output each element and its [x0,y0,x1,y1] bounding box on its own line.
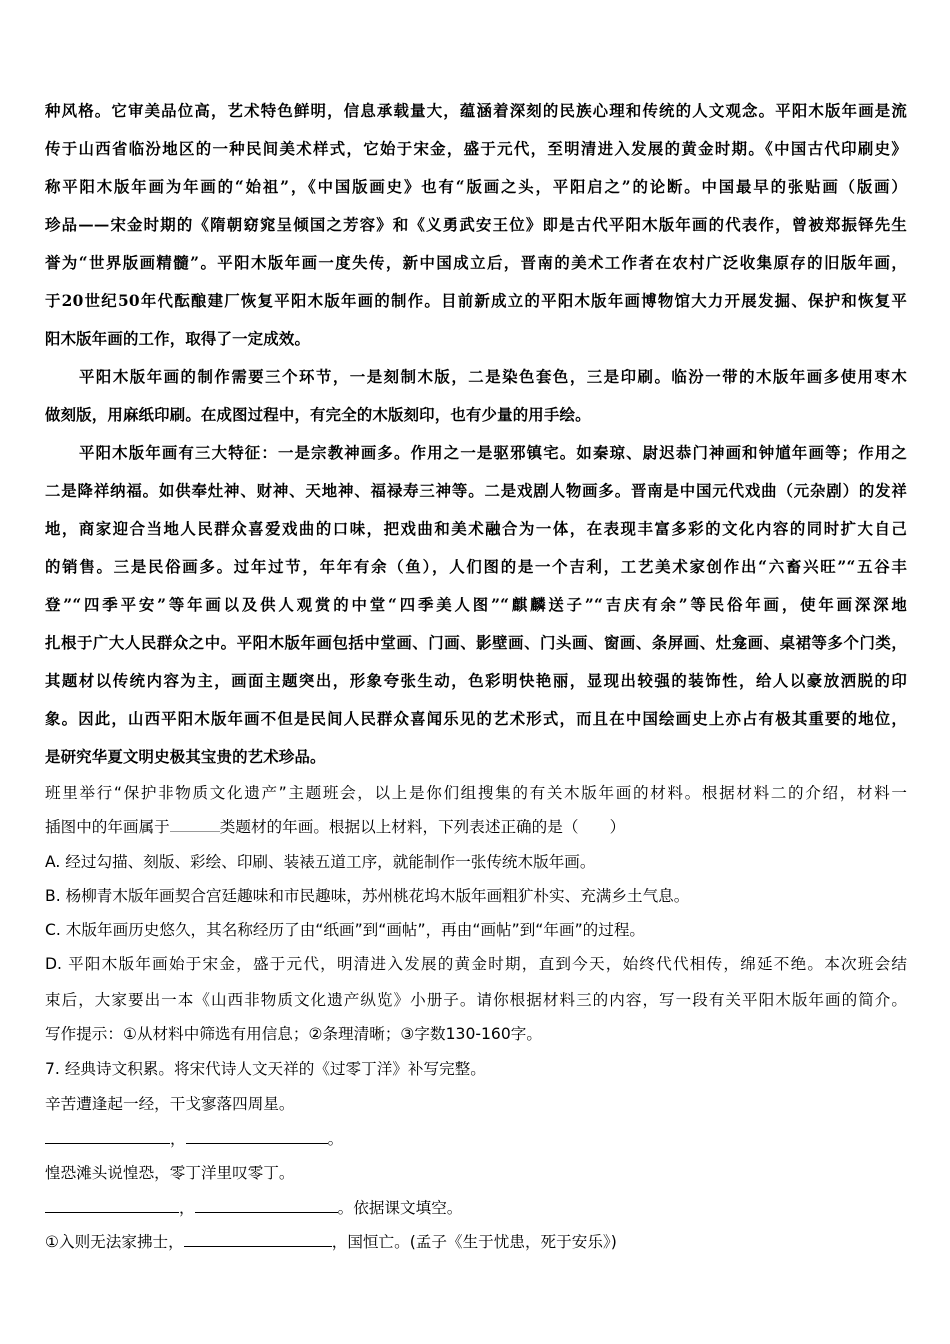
option-b: B. 杨柳青木版年画契合宫廷趣味和市民趣味，苏州桃花坞木版年画粗犷朴实、充满乡土… [45,881,689,911]
answer-blank[interactable] [45,1125,170,1144]
question-stem-line2: 插图中的年画属于类题材的年画。根据以上材料，下列表述正确的是（ ） [45,812,625,842]
option-d: D. 平阳木版年画始于宋金，盛于元代，明清进入发展的黄金时期，直到今天，始终代代… [45,949,907,979]
paragraph-line: 登”“四季平安”等年画以及供人观赏的中堂“四季美人图”“麒麟送子”“吉庆有余”等… [45,590,907,620]
poem-line: 惶恐滩头说惶恐，零丁洋里叹零丁。 [45,1158,295,1188]
paragraph-line: 是研究华夏文明史极其宝贵的艺术珍品。 [45,742,326,772]
paragraph-line: 的销售。三是民俗画多。过年过节，年年有余（鱼），人们图的是一个吉利，工艺美术家创… [45,552,907,582]
punctuation: 。 [328,1130,344,1148]
answer-blank[interactable] [184,1228,332,1247]
paragraph-line: 于20世纪50年代酝酿建厂恢复平阳木版年画的制作。目前新成立的平阳木版年画博物馆… [45,286,907,316]
item-text: ①入则无法家拂士， [45,1233,184,1251]
task-instructions: 束后，大家要出一本《山西非物质文化遗产纵览》小册子。请你根据材料三的内容，写一段… [45,985,907,1015]
paragraph-line: 扎根于广大人民群众之中。平阳木版年画包括中堂画、门画、影壁画、门头画、窗画、条屏… [45,628,907,658]
answer-blank[interactable] [186,1125,328,1144]
question-7-title: 7. 经典诗文积累。将宋代诗人文天祥的《过零丁洋》补写完整。 [45,1054,486,1084]
fill-blank-line: ，。 [45,1124,343,1154]
paragraph-line: 珍品——宋金时期的《隋朝窈窕呈倾国之芳容》和《义勇武安王位》即是古代平阳木版年画… [45,210,907,240]
answer-blank[interactable] [170,813,220,832]
punctuation: 。 [338,1199,354,1217]
paragraph-line: 平阳木版年画的制作需要三个环节，一是刻制木版，二是染色套色，三是印刷。临汾一带的… [45,362,907,392]
stem-text: 类题材的年画。根据以上材料，下列表述正确的是（ ） [220,818,625,836]
option-a: A. 经过勾描、刻版、彩绘、印刷、装裱五道工序，就能制作一张传统木版年画。 [45,847,596,877]
paragraph-line: 传于山西省临汾地区的一种民间美术样式，它始于宋金，盛于元代，至明清进入发展的黄金… [45,134,907,164]
fill-blank-line: ，。依据课文填空。 [45,1193,462,1223]
question-stem: 班里举行“保护非物质文化遗产”主题班会，以上是你们组搜集的有关木版年画的材料。根… [45,778,907,808]
paragraph-line: 其题材以传统内容为主，画面主题突出，形象夸张生动，色彩明快艳丽，显现出较强的装饰… [45,666,907,696]
paragraph-line: 称平阳木版年画为年画的“始祖”，《中国版画史》也有“版画之头，平阳启之”的论断。… [45,172,907,202]
paragraph-line: 誉为“世界版画精髓”。平阳木版年画一度失传，新中国成立后，晋南的美术工作者在农村… [45,248,907,278]
punctuation: ， [170,1130,186,1148]
poem-line: 辛苦遭逢起一经，干戈寥落四周星。 [45,1089,295,1119]
paragraph-line: 地，商家迎合当地人民群众喜爱戏曲的口味，把戏曲和美术融合为一体，在表现丰富多彩的… [45,514,907,544]
paragraph-line: 象。因此，山西平阳木版年画不但是民间人民群众喜闻乐见的艺术形式，而且在中国绘画史… [45,704,907,734]
paragraph-line: 种风格。它审美品位高，艺术特色鲜明，信息承载量大，蕴涵着深刻的民族心理和传统的人… [45,96,907,126]
paragraph-line: 平阳木版年画有三大特征：一是宗教神画多。作用之一是驱邪镇宅。如秦琼、尉迟恭门神画… [45,438,907,468]
fill-blank-item-1: ①入则无法家拂士，，国恒亡。(孟子《生于忧患，死于安乐》) [45,1227,617,1257]
paragraph-line: 阳木版年画的工作，取得了一定成效。 [45,324,310,354]
writing-tips: 写作提示：①从材料中筛选有用信息；②条理清晰；③字数130-160字。 [45,1019,542,1049]
answer-blank[interactable] [45,1194,179,1213]
option-c: C. 木版年画历史悠久，其名称经历了由“纸画”到“画帖”，再由“画帖”到“年画”… [45,915,645,945]
paragraph-line: 二是降祥纳福。如供奉灶神、财神、天地神、福禄寿三神等。二是戏剧人物画多。晋南是中… [45,476,907,506]
paragraph-line: 做刻版，用麻纸印刷。在成图过程中，有完全的木版刻印，也有少量的用手绘。 [45,400,591,430]
instruction-text: 依据课文填空。 [353,1199,462,1217]
stem-text: 插图中的年画属于 [45,818,170,836]
punctuation: ， [179,1199,195,1217]
answer-blank[interactable] [195,1194,338,1213]
item-text: ，国恒亡。(孟子《生于忧患，死于安乐》) [332,1233,617,1251]
